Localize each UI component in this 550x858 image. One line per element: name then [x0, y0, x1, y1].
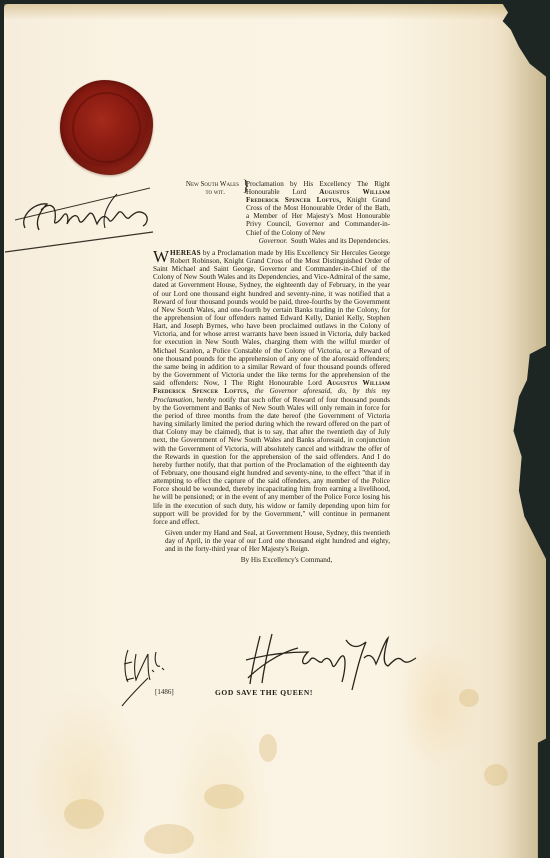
to-wit: to wit.: [153, 188, 239, 196]
by-command: By His Excellency's Command,: [153, 556, 390, 564]
governor-signature: [5, 180, 165, 255]
reference-number: [1486]: [155, 688, 174, 696]
governor-label: Governor.: [259, 237, 288, 245]
foxing-spot: [259, 734, 277, 762]
top-edge-stain: [4, 4, 546, 20]
foxing-spot: [144, 824, 194, 854]
foxing-spot: [459, 689, 479, 707]
wax-seal: [60, 80, 153, 175]
proclamation-title: Proclamation by His Excellency The Right…: [246, 180, 390, 237]
header-tail: Governor. South Wales and its Dependenci…: [153, 237, 390, 245]
proclamation-text-column: New South Wales to wit. } Proclamation b…: [153, 180, 390, 564]
header-tail-text: South Wales and its Dependencies.: [291, 237, 390, 245]
proclamation-header: New South Wales to wit. } Proclamation b…: [153, 180, 390, 237]
whereas-word: HEREAS: [170, 249, 201, 257]
body-text-part1: by a Proclamation made by His Excellency…: [153, 249, 390, 388]
seal-impression: [72, 92, 141, 163]
initials-signature: [118, 640, 178, 710]
closing-line: GOD SAVE THE QUEEN!: [215, 688, 313, 697]
foxing-spot: [64, 799, 104, 829]
proclamation-body: WHEREAS by a Proclamation made by His Ex…: [153, 249, 390, 526]
foxing-spot: [204, 784, 244, 809]
body-text-part2: hereby notify that such offer of Reward …: [153, 396, 390, 526]
given-under-seal: Given under my Hand and Seal, at Governm…: [153, 529, 390, 553]
drop-cap: W: [153, 250, 169, 264]
foxing-spot: [484, 764, 508, 786]
colony-name: New South Wales: [186, 180, 239, 188]
jurisdiction-label: New South Wales to wit.: [153, 180, 242, 237]
